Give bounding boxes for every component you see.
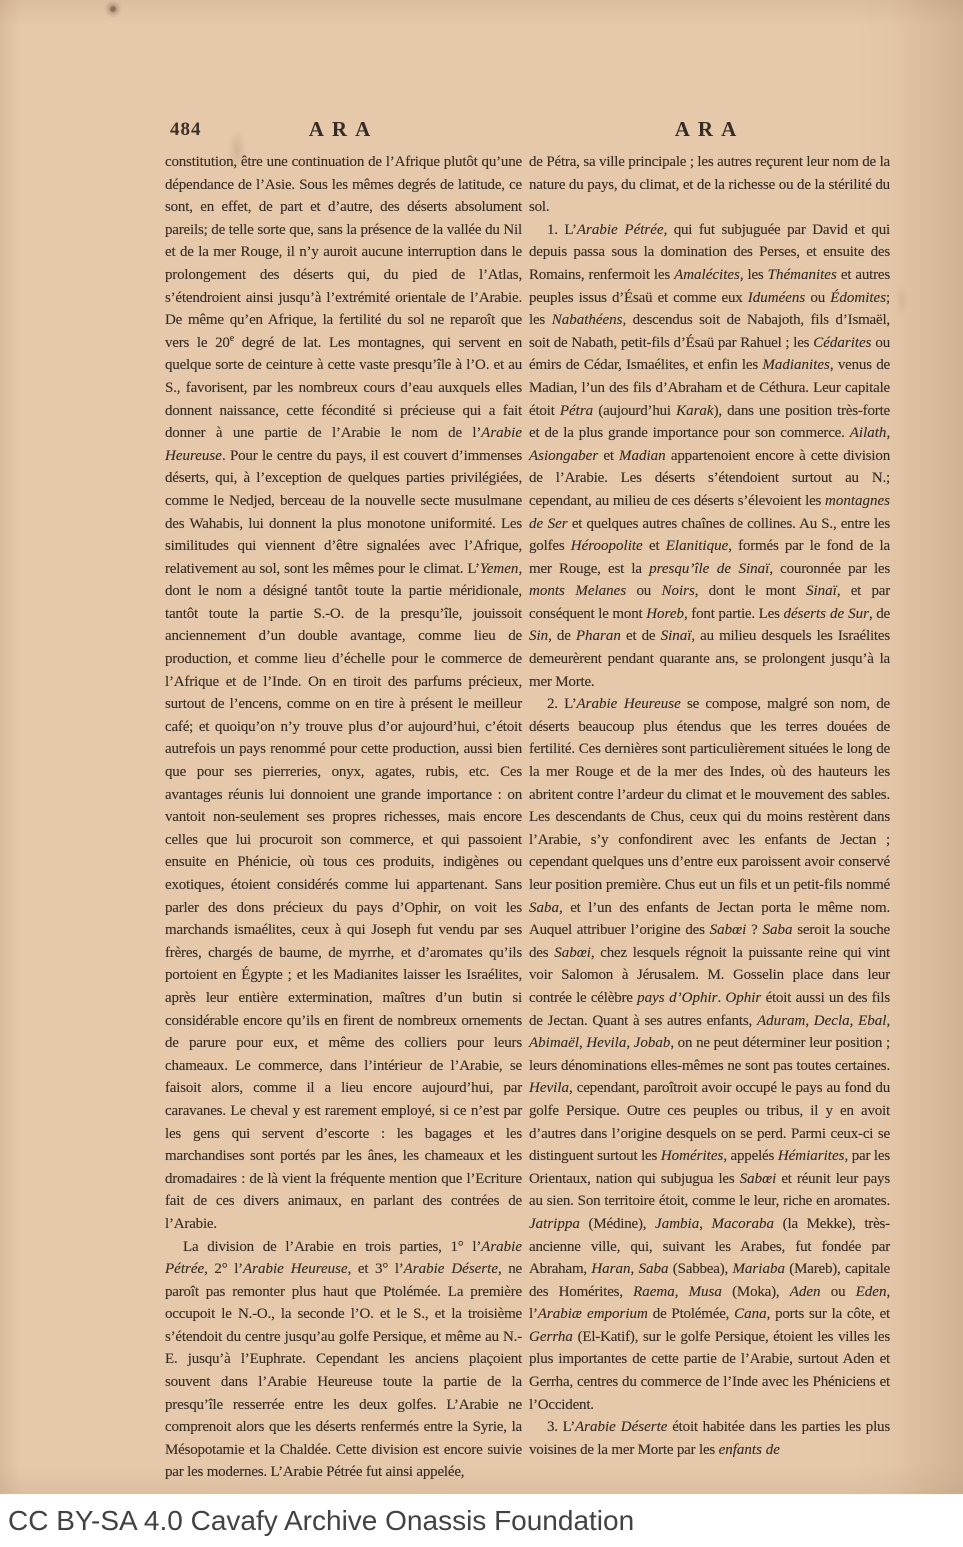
paragraph: 2. L’Arabie Heureuse se compose, malgré …: [529, 693, 890, 1416]
paragraph: 3. L’Arabie Déserte étoit habitée dans l…: [529, 1416, 890, 1461]
running-head-right: ARA: [529, 117, 890, 142]
running-head-left: ARA: [165, 117, 522, 142]
license-text: CC BY-SA 4.0 Cavafy Archive Onassis Foun…: [0, 1505, 634, 1537]
left-column-text: constitution, être une continuation de l…: [165, 151, 522, 1401]
right-column-text: de Pétra, sa ville principale ; les autr…: [529, 151, 890, 1401]
paragraph: 1. L’Arabie Pétrée, qui fut subjuguée pa…: [529, 219, 890, 693]
paragraph: de Pétra, sa ville principale ; les autr…: [529, 151, 890, 219]
scanned-book-page: 484 ARA ARA constitution, être une conti…: [0, 0, 963, 1494]
paragraph: constitution, être une continuation de l…: [165, 151, 522, 1236]
paragraph: La division de l’Arabie en trois parties…: [165, 1236, 522, 1485]
license-bar: CC BY-SA 4.0 Cavafy Archive Onassis Foun…: [0, 1494, 963, 1547]
